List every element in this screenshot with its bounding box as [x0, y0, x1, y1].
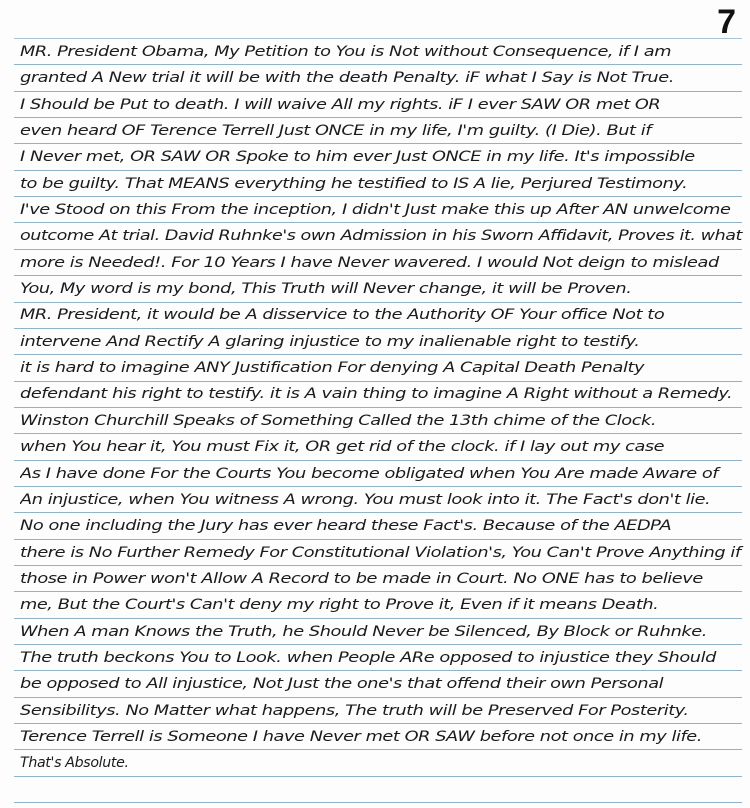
text-line: I've Stood on this From the inception, I… [20, 196, 746, 222]
text-line: As I have done For the Courts You become… [20, 460, 746, 486]
page-number: 7 [717, 2, 736, 42]
handwritten-letter-page: 7 MR. President Obama, My Petition to Yo… [0, 0, 750, 808]
text-line: granted A New trial it will be with the … [20, 64, 746, 90]
text-line: there is No Further Remedy For Constitut… [20, 539, 746, 565]
text-line: those in Power won't Allow A Record to b… [20, 565, 746, 591]
text-line: Terence Terrell is Someone I have Never … [20, 723, 746, 749]
text-line: when You hear it, You must Fix it, OR ge… [20, 433, 746, 459]
text-line: MR. President, it would be A disservice … [20, 301, 746, 327]
text-line: No one including the Jury has ever heard… [20, 512, 746, 538]
text-line: I Should be Put to death. I will waive A… [20, 91, 746, 117]
text-line: outcome At trial. David Ruhnke's own Adm… [20, 222, 746, 248]
text-line: intervene And Rectify A glaring injustic… [20, 328, 746, 354]
text-line: be opposed to All injustice, Not Just th… [20, 670, 746, 696]
ruled-line [14, 802, 742, 803]
text-line: defendant his right to testify. it is A … [20, 380, 746, 406]
letter-body: MR. President Obama, My Petition to You … [20, 38, 746, 776]
text-line: it is hard to imagine ANY Justification … [20, 354, 746, 380]
text-line: An injustice, when You witness A wrong. … [20, 486, 746, 512]
ruled-line [14, 776, 742, 777]
text-line: The truth beckons You to Look. when Peop… [20, 644, 746, 670]
text-line: Winston Churchill Speaks of Something Ca… [20, 407, 746, 433]
text-line: MR. President Obama, My Petition to You … [20, 38, 746, 64]
text-line: That's Absolute. [20, 749, 746, 775]
text-line: I Never met, OR SAW OR Spoke to him ever… [20, 143, 746, 169]
text-line: Sensibilitys. No Matter what happens, Th… [20, 697, 746, 723]
text-line: to be guilty. That MEANS everything he t… [20, 170, 746, 196]
text-line: more is Needed!. For 10 Years I have Nev… [20, 249, 746, 275]
text-line: me, But the Court's Can't deny my right … [20, 591, 746, 617]
text-line: You, My word is my bond, This Truth will… [20, 275, 746, 301]
text-line: even heard OF Terence Terrell Just ONCE … [20, 117, 746, 143]
text-line: When A man Knows the Truth, he Should Ne… [20, 618, 746, 644]
